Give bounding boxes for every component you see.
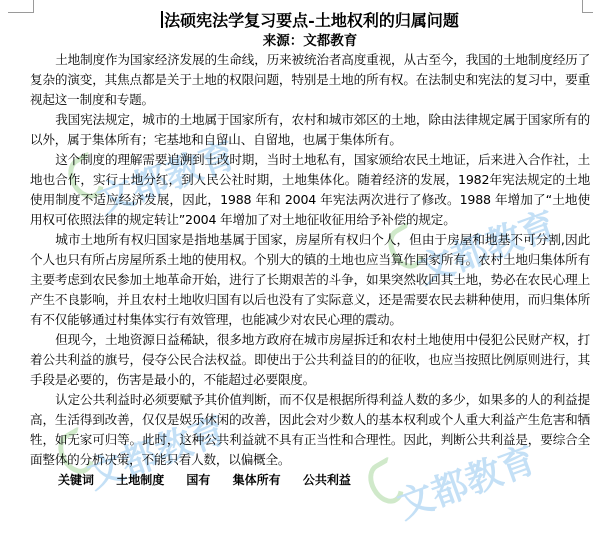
paragraph: 土地制度作为国家经济发展的生命线，历来被统治者高度重视，从古至今，我国的土地制度… [30,50,590,110]
paragraph: 城市土地所有权归国家是指地基属于国家，房屋所有权归个人，但由于房屋和地基不可分割… [30,230,590,330]
keyword: 公共利益 [303,473,351,487]
keyword: 土地制度 [116,473,164,487]
document-page[interactable]: 法硕宪法学复习要点-土地权利的归属问题 来源：文都教育 土地制度作为国家经济发展… [30,10,590,490]
keywords-label: 关键词 [58,473,94,487]
paragraph: 这个制度的理解需要追溯到土改时期，当时土地私有，国家颁给农民土地证，后来进入合作… [30,150,590,230]
keyword: 集体所有 [233,473,281,487]
paragraph: 我国宪法规定，城市的土地属于国家所有，农村和城市郊区的土地，除由法律规定属于国家… [30,110,590,150]
paragraph: 但现今，土地资源日益稀缺，很多地方政府在城市房屋拆迁和农村土地使用中侵犯公民财产… [30,330,590,390]
title-text: 法硕宪法学复习要点-土地权利的归属问题 [164,11,459,30]
keyword: 国有 [186,473,210,487]
document-title[interactable]: 法硕宪法学复习要点-土地权利的归属问题 [30,10,590,32]
document-source: 来源：文都教育 [30,32,590,50]
paragraph: 认定公共利益时必须要赋予其价值判断，而不仅是根据所得利益人数的多少，如果多的人的… [30,390,590,470]
keywords-line: 关键词 土地制度 国有 集体所有 公共利益 [30,470,590,490]
text-cursor [161,11,163,28]
